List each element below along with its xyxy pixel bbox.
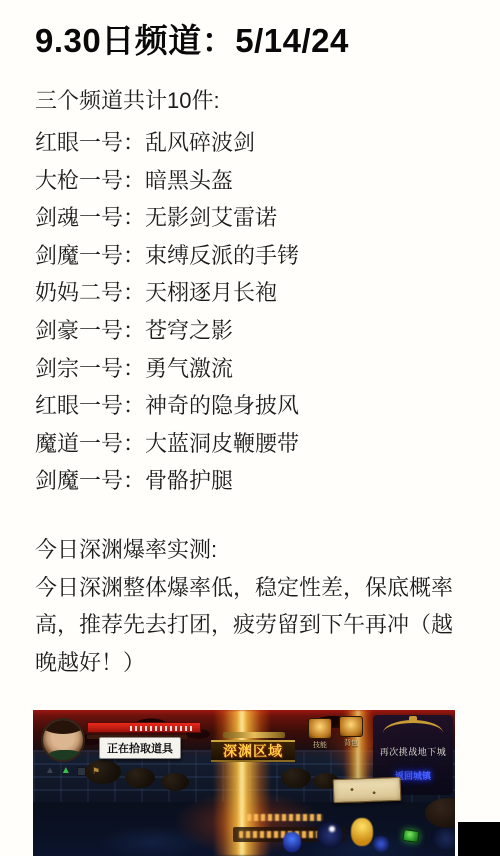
- character-sprite: [431, 828, 455, 850]
- banner-roof-decoration: [223, 732, 285, 738]
- buff-icon-row: ▲ ▲ ⚑: [45, 766, 100, 776]
- list-item: 剑魔一号：束缚反派的手铐: [35, 237, 461, 275]
- arrow-buff-icon: ▲: [45, 766, 55, 776]
- list-item: 红眼一号：神奇的隐身披风: [35, 387, 461, 425]
- avatar: [41, 718, 85, 762]
- item-buff-icon: [77, 767, 86, 776]
- list-item: 奶妈二号：天栩逐月长袍: [35, 274, 461, 312]
- character-sprite: [373, 836, 389, 852]
- gem-icon: [402, 829, 420, 843]
- skill-button-label: 技能: [307, 740, 333, 750]
- rock: [125, 768, 155, 788]
- abyss-note-paragraph: 今日深渊整体爆率低，稳定性差，保底概率高，推荐先去打团，疲劳留到下午再冲（越晚越…: [35, 569, 461, 682]
- rock: [281, 768, 311, 788]
- hp-bar: [87, 722, 201, 733]
- list-item: 剑魔一号：骨骼护腿: [35, 462, 461, 500]
- skill-icon: [308, 718, 332, 739]
- hp-bar-text: [130, 726, 192, 731]
- channel-item-list: 红眼一号：乱风碎波剑 大枪一号：暗黑头盔 剑魂一号：无影剑艾雷诺 剑魔一号：束缚…: [35, 124, 461, 500]
- character-sprite: [283, 832, 301, 852]
- crown-arch-icon: [383, 720, 443, 733]
- loot-message-bar: [247, 814, 323, 821]
- list-item: 红眼一号：乱风碎波剑: [35, 124, 461, 162]
- list-item: 剑宗一号：勇气激流: [35, 350, 461, 388]
- list-item: 魔道一号：大蓝洞皮鞭腰带: [35, 425, 461, 463]
- article-page: 9.30日频道：5/14/24 三个频道共计10件: 红眼一号：乱风碎波剑 大枪…: [0, 0, 500, 856]
- green-buff-icon: ▲: [61, 766, 71, 776]
- skill-button[interactable]: 技能: [307, 718, 333, 750]
- game-screenshot: 深渊区域 正在拾取道具 ▲ ▲ ⚑ 技能 背包 再次挑战地下城 返回城镇: [33, 710, 455, 856]
- result-panel-title: 再次挑战地下城: [373, 745, 453, 758]
- rock: [161, 773, 189, 791]
- black-corner-block: [458, 822, 500, 856]
- loot-message-bar: [239, 831, 319, 838]
- bag-icon: [339, 716, 363, 737]
- sparkle-icon: [329, 826, 335, 832]
- intro-line: 三个频道共计10件:: [35, 82, 461, 120]
- abyss-banner: 深渊区域: [211, 740, 295, 762]
- page-title: 9.30日频道：5/14/24: [35, 20, 461, 62]
- parchment-sign: [333, 777, 402, 803]
- character-sprite: [351, 818, 373, 846]
- flag-buff-icon: ⚑: [92, 766, 100, 776]
- list-item: 剑豪一号：苍穹之影: [35, 312, 461, 350]
- pickup-tooltip: 正在拾取道具: [99, 737, 181, 759]
- bag-button[interactable]: 背包: [338, 716, 364, 748]
- list-item: 剑魂一号：无影剑艾雷诺: [35, 199, 461, 237]
- abyss-heading: 今日深渊爆率实测:: [35, 531, 461, 569]
- bag-button-label: 背包: [338, 738, 364, 748]
- article-content: 9.30日频道：5/14/24 三个频道共计10件: 红眼一号：乱风碎波剑 大枪…: [0, 20, 500, 681]
- list-item: 大枪一号：暗黑头盔: [35, 162, 461, 200]
